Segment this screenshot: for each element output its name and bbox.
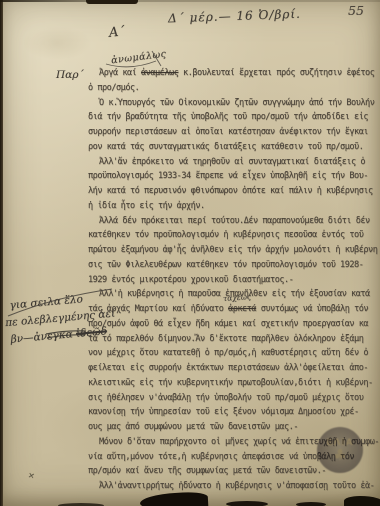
handwritten-margin-mark: Παρ΄ bbox=[56, 69, 84, 81]
typed-segment: Ὁ κ.Ὑπουργός τῶν Οἰκονομικῶν ζητῶν συγγν… bbox=[99, 98, 374, 108]
paper-edge-shadow bbox=[296, 502, 326, 506]
typed-segment: νον μέχρις ὅτου κατατεθῇ ὁ πρ/σμός,ἡ καθ… bbox=[88, 348, 368, 358]
typed-segment: νία αὕτη,μόνον τότε,ἡ κυβέρνησις ἀπεφάσι… bbox=[88, 452, 354, 462]
typed-line: λήν κατά τό περυσινόν φθινόπωρον ὁπότε κ… bbox=[88, 184, 380, 199]
typed-segment: προ/σμόν ἀφοῦ θά εἶχεν ἤδη κάμει καί σχε… bbox=[88, 319, 368, 329]
typed-segment: συντόμως νά ὑποβάλῃ τόν bbox=[256, 304, 368, 314]
typed-line: Ἀλλ'ἀναντιρρήτως ἠδύνατο ἡ κυβέρνησις ν'… bbox=[88, 479, 380, 494]
handwritten-insert-word: ἀνωμάλως bbox=[111, 49, 168, 67]
typed-segment: σις τῶν Φιλελευθέρων κατέθηκεν τόν προϋπ… bbox=[88, 260, 363, 270]
typed-segment: σις ἠθέλησεν ν'ἀναβάλῃ τήν ὑποβολήν τοῦ … bbox=[88, 393, 363, 403]
typed-line: κατέθηκεν τόν προϋπολογισμόν ἡ κυβέρνησι… bbox=[88, 228, 380, 243]
paper-stain bbox=[22, 26, 92, 60]
typed-line: προϋπολογισμός 1933-34 ἔπρεπε νά εἶχεν ὑ… bbox=[88, 169, 380, 184]
typed-line: Ἀργά καί ἀναμέλως κ.βουλευταί ἔρχεται πρ… bbox=[88, 66, 380, 81]
typed-line: συρροήν περιστάσεων αἱ ὁποῖαι κατέστησαν… bbox=[88, 125, 380, 140]
typed-segment: Ἀργά καί bbox=[99, 68, 141, 78]
typed-segment: ἡ ἰδία ἦτο εἰς τήν ἀρχήν. bbox=[88, 201, 205, 211]
typed-line: σις ἠθέλησεν ν'ἀναβάλῃ τήν ὑποβολήν τοῦ … bbox=[88, 391, 380, 406]
handwritten-section-mark: Α΄ bbox=[108, 24, 125, 41]
stamp-tree-icon: ♣ bbox=[333, 448, 346, 462]
paper-edge-shadow bbox=[226, 501, 268, 506]
struck-word: ἀρκετά bbox=[228, 304, 256, 314]
struck-word: ἀναμέλως bbox=[141, 68, 178, 78]
typed-line: προ/σμόν ἀφοῦ θά εἶχεν ἤδη κάμει καί σχε… bbox=[88, 317, 380, 332]
typed-line: νον μέχρις ὅτου κατατεθῇ ὁ πρ/σμός,ἡ καθ… bbox=[88, 346, 380, 361]
handwritten-check-mark: × bbox=[27, 470, 35, 480]
typed-segment: προϋπολογισμός 1933-34 ἔπρεπε νά εἶχεν ὑ… bbox=[88, 171, 368, 181]
typed-line: Ἀλλά δέν πρόκειται περί τούτου.Δέν παραπ… bbox=[88, 214, 380, 229]
typed-line: σις τῶν Φιλελευθέρων κατέθηκεν τόν προϋπ… bbox=[88, 258, 380, 273]
typed-segment: κατέθηκεν τόν προϋπολογισμόν ἡ κυβέρνησι… bbox=[88, 230, 363, 240]
page-number: 55 bbox=[348, 3, 364, 18]
typed-line: ὁ προ/σμός. bbox=[88, 81, 380, 96]
typed-line: Ὁ κ.Ὑπουργός τῶν Οἰκονομικῶν ζητῶν συγγν… bbox=[88, 96, 380, 111]
typed-line: Ἀλλ'ἄν ἐπρόκειτο νά τηρηθοῦν αἱ συνταγμα… bbox=[88, 155, 380, 170]
typed-line: τά τό παρελθόν δίμηνον.Ἄν δ'ἔκτοτε παρῆλ… bbox=[88, 332, 380, 347]
typed-segment: φείλεται εἰς συρροήν ἐκτάκτων περιστάσεω… bbox=[88, 363, 368, 373]
typed-segment: 1929 ἐντός μικροτέρου χρονικοῦ διαστήματ… bbox=[88, 275, 293, 285]
typed-line: διά τήν βραδύτητα τῆς ὑποβολῆς τοῦ προ/σ… bbox=[88, 110, 380, 125]
handwritten-margin-note: για σειλα ἕλο πε ολεβλεγμένης ἀεί βν—ἀνε… bbox=[9, 289, 117, 349]
paper-tear-corner bbox=[344, 496, 380, 506]
typed-segment: Ἀλλ'ἄν ἐπρόκειτο νά τηρηθοῦν αἱ συνταγμα… bbox=[99, 157, 365, 167]
typed-segment: κ.βουλευταί ἔρχεται πρός συζήτησιν ἐφέτο… bbox=[178, 68, 374, 78]
typed-line: πρώτου ἑξαμήνου ἀφ'ἧς ἀνῆλθεν εἰς τήν ἀρ… bbox=[88, 243, 380, 258]
typed-segment: διά τήν βραδύτητα τῆς ὑποβολῆς τοῦ προ/σ… bbox=[88, 112, 368, 122]
typed-segment: Ἀλλ'ἀναντιρρήτως ἠδύνατο ἡ κυβέρνησις ν'… bbox=[99, 481, 374, 491]
margin-note-struck-word: ἰδεῶδ bbox=[76, 325, 108, 340]
typed-segment: λήν κατά τό περυσινόν φθινόπωρον ὁπότε κ… bbox=[88, 186, 373, 196]
typed-segment: πρ/σμόν καί ἄνευ τῆς συμφωνίας μετά τῶν … bbox=[88, 466, 326, 476]
typed-segment: ους μας ἀπό συμφώνου μετά τῶν δανειστῶν … bbox=[88, 422, 298, 432]
typed-line: 1929 ἐντός μικροτέρου χρονικοῦ διαστήματ… bbox=[88, 273, 380, 288]
scan-edge-left bbox=[0, 0, 3, 506]
archive-stamp: ΕΛΙΑ ♣ bbox=[317, 427, 363, 473]
typed-line: κανονίσῃ τήν ὑπηρεσίαν τοῦ εἰς ξένον νόμ… bbox=[88, 405, 380, 420]
typed-line: ρον κατά τάς συνταγματικάς διατάξεις κατ… bbox=[88, 140, 380, 155]
typed-segment: Ἀλλά δέν πρόκειται περί τούτου.Δέν παραπ… bbox=[99, 216, 370, 226]
typed-line: κλειστικῶς εἰς τήν κυβερνητικήν πρωτοβου… bbox=[88, 376, 380, 391]
typed-segment: πρώτου ἑξαμήνου ἀφ'ἧς ἀνῆλθεν εἰς τήν ἀρ… bbox=[88, 245, 377, 255]
typed-segment: ρον κατά τάς συνταγματικάς διατάξεις κατ… bbox=[88, 142, 363, 152]
typed-segment: τά τό παρελθόν δίμηνον.Ἄν δ'ἔκτοτε παρῆλ… bbox=[88, 334, 363, 344]
scan-edge-top bbox=[0, 0, 380, 2]
typed-line: ἡ ἰδία ἦτο εἰς τήν ἀρχήν. bbox=[88, 199, 380, 214]
typed-segment: ὁ προ/σμός. bbox=[88, 83, 139, 93]
scan-edge-notch bbox=[86, 0, 138, 4]
scanned-document-page: 55 Δ΄ μέρ.— 16 Ὀ/βρί. Α΄ ἀνωμάλως Παρ΄ Ἀ… bbox=[0, 0, 380, 506]
typed-segment: κλειστικῶς εἰς τήν κυβερνητικήν πρωτοβου… bbox=[88, 378, 373, 388]
typed-segment: κανονίσῃ τήν ὑπηρεσίαν τοῦ εἰς ξένον νόμ… bbox=[88, 407, 359, 417]
typed-line: φείλεται εἰς συρροήν ἐκτάκτων περιστάσεω… bbox=[88, 361, 380, 376]
typed-segment: συρροήν περιστάσεων αἱ ὁποῖαι κατέστησαν… bbox=[88, 127, 368, 137]
handwritten-date-annotation: Δ΄ μέρ.— 16 Ὀ/βρί. bbox=[168, 7, 301, 26]
margin-note-line-text: βν—ἀνεγκα bbox=[10, 328, 73, 345]
typed-line: τάς ἀρχάς Μαρτίου καί ἠδύνατο ἀρκετά συν… bbox=[88, 302, 380, 317]
